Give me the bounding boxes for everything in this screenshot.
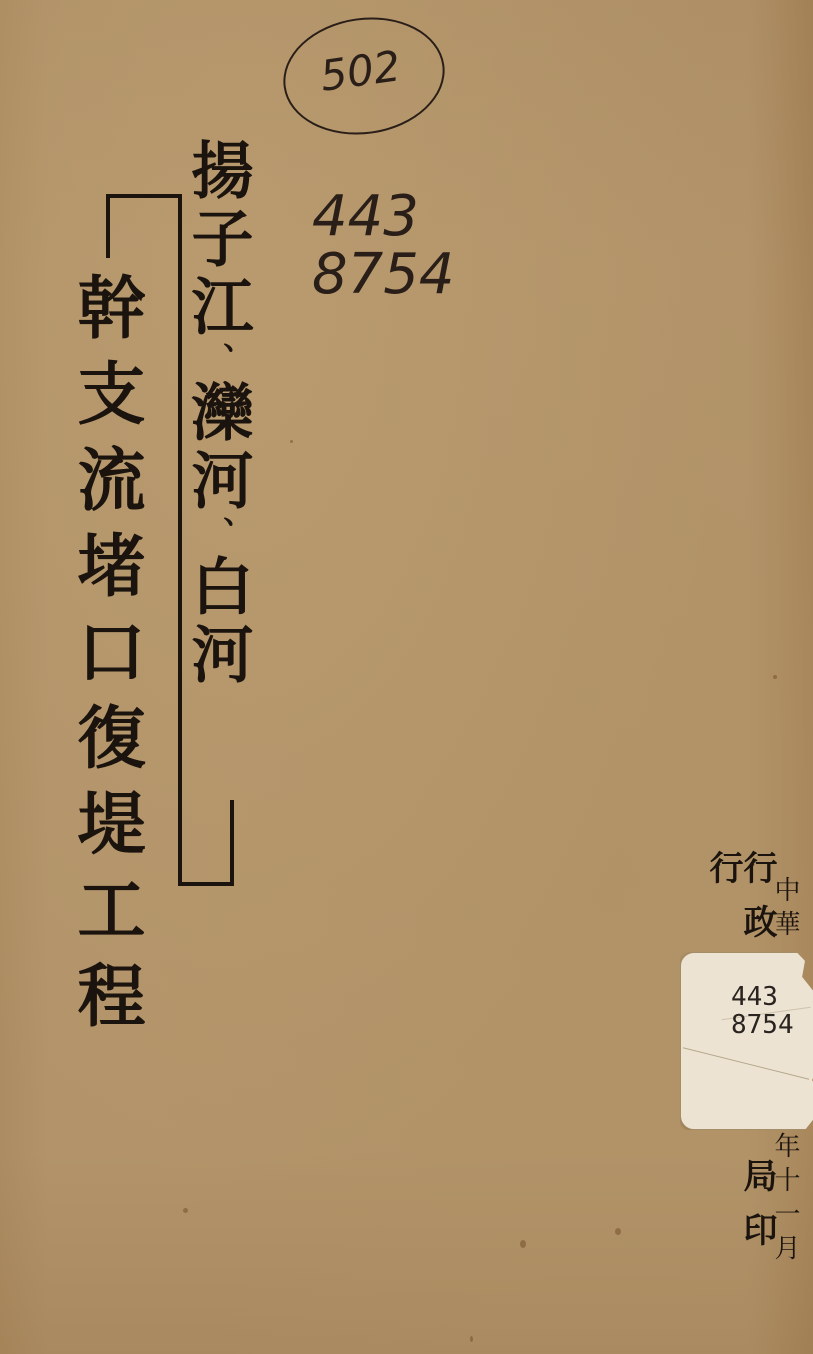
circled-handwritten-number: 502 xyxy=(276,7,453,144)
handwritten-call-number: 443 8754 xyxy=(312,188,455,304)
paper-speck xyxy=(183,1208,188,1213)
paper-speck xyxy=(773,675,777,679)
title-frame-top xyxy=(106,194,180,198)
library-label: 443 8754 xyxy=(680,952,813,1130)
paper-speck xyxy=(520,1240,526,1248)
subtitle-rivers: 揚子江、灤河、白河 xyxy=(186,138,248,690)
label-line-2: 8754 xyxy=(731,1011,794,1039)
river-bai: 白河 xyxy=(181,554,254,690)
paper-speck xyxy=(290,440,293,443)
title-frame-bottom xyxy=(178,882,234,886)
label-line-1: 443 xyxy=(731,983,794,1011)
label-crease xyxy=(683,1047,809,1079)
title-frame-right-leg xyxy=(230,800,234,886)
river-luan: 灤河 xyxy=(181,380,254,516)
call-number-line-2: 8754 xyxy=(312,246,455,304)
title-frame-left-leg xyxy=(106,194,110,258)
paper-speck xyxy=(470,1336,473,1342)
paper-speck xyxy=(615,1228,621,1235)
date-top: 中華 xyxy=(770,876,800,944)
separator: 、 xyxy=(198,516,236,554)
label-call-number: 443 8754 xyxy=(731,983,794,1039)
main-title: 幹支流堵口復堤工程 xyxy=(72,272,140,1046)
call-number-line-1: 443 xyxy=(312,188,455,246)
date-bottom: 年十一月 xyxy=(770,1132,800,1268)
river-yangtze: 揚子江 xyxy=(181,138,254,342)
separator: 、 xyxy=(198,342,236,380)
circled-number-text: 502 xyxy=(317,41,403,101)
